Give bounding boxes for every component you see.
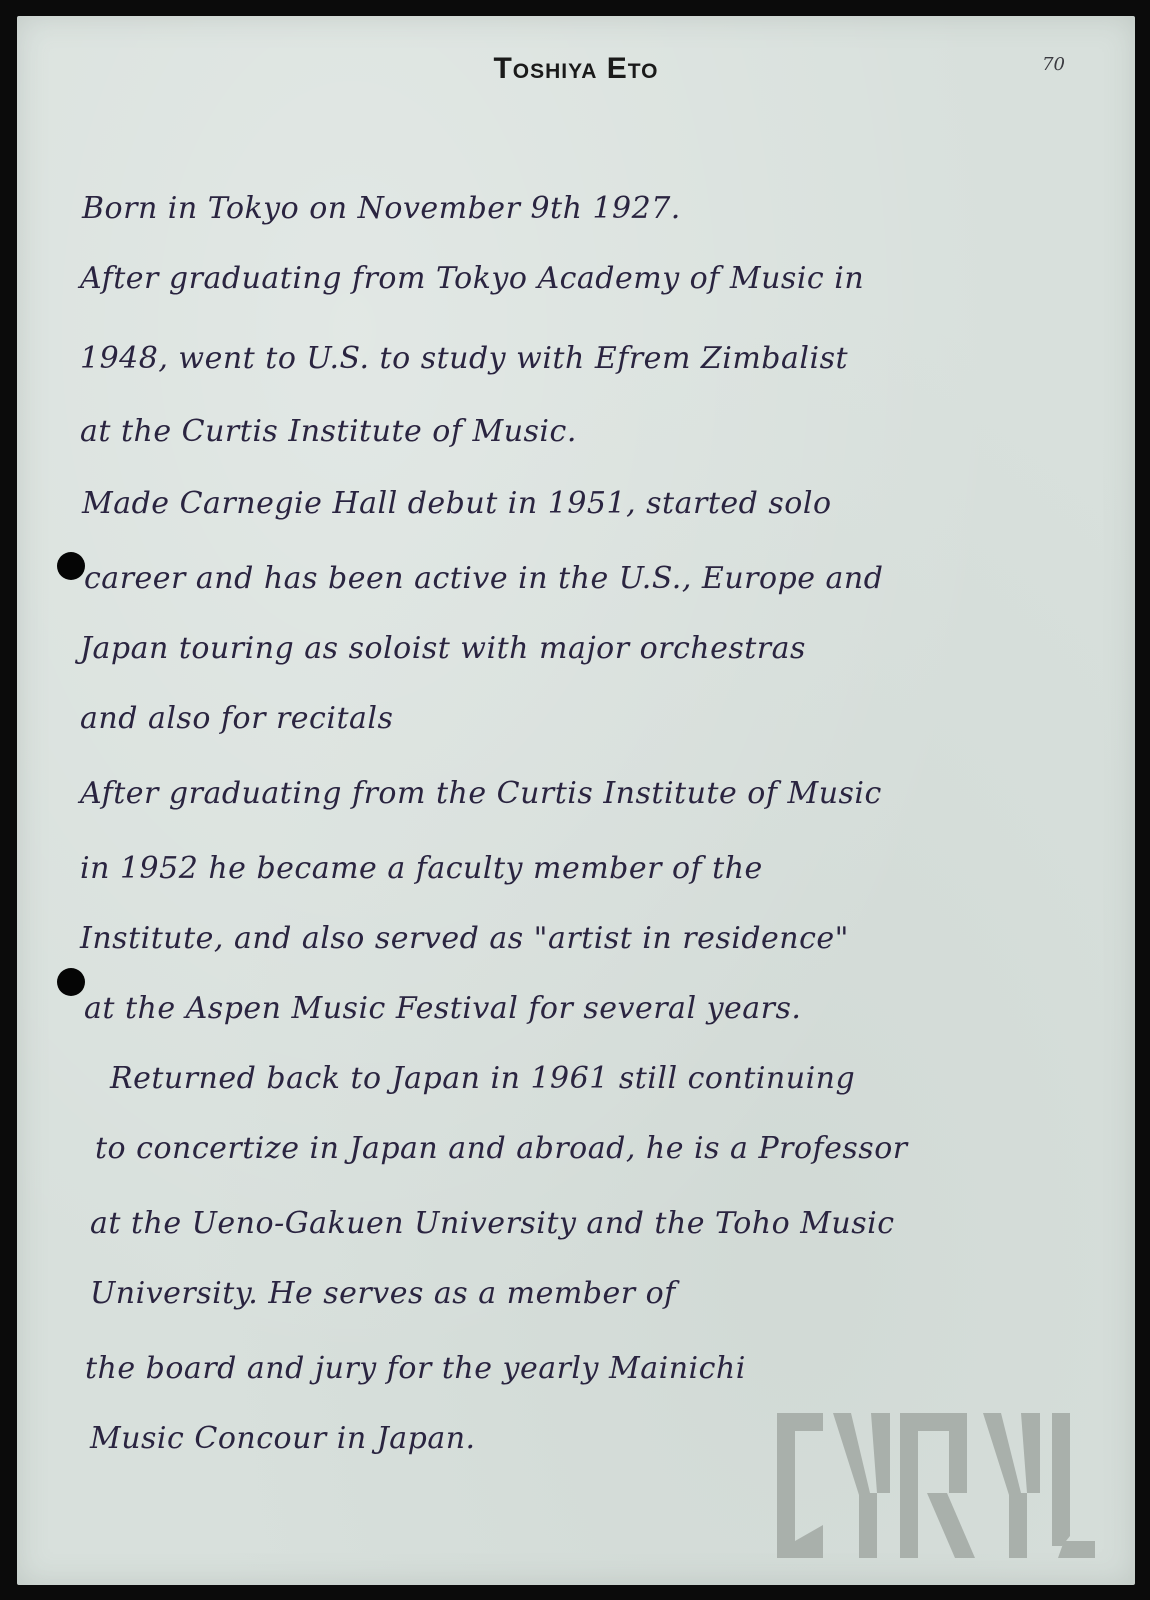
text-line: Music Concour in Japan. <box>90 1421 476 1456</box>
cyryl-watermark-logo <box>777 1413 1101 1563</box>
text-line: at the Aspen Music Festival for several … <box>84 991 801 1026</box>
text-line: at the Curtis Institute of Music. <box>80 414 577 449</box>
punch-hole <box>57 968 85 996</box>
text-line: in 1952 he became a faculty member of th… <box>80 851 763 886</box>
text-line: at the Ueno-Gakuen University and the To… <box>90 1206 895 1241</box>
text-line: the board and jury for the yearly Mainic… <box>85 1351 746 1386</box>
page-number: 70 <box>1042 54 1065 75</box>
punch-hole <box>57 552 85 580</box>
text-line: After graduating from the Curtis Institu… <box>80 776 882 811</box>
text-line: Born in Tokyo on November 9th 1927. <box>82 191 681 226</box>
text-line: and also for recitals <box>80 701 393 736</box>
text-line: career and has been active in the U.S., … <box>84 561 883 596</box>
paper-page: Toshiya Eto 70 Born in Tokyo on November… <box>17 16 1135 1585</box>
text-line: Institute, and also served as "artist in… <box>80 921 849 956</box>
text-line: Japan touring as soloist with major orch… <box>80 631 806 666</box>
letterhead-title: Toshiya Eto <box>17 52 1135 86</box>
scanned-document: Toshiya Eto 70 Born in Tokyo on November… <box>0 0 1150 1600</box>
text-line: to concertize in Japan and abroad, he is… <box>95 1131 908 1166</box>
text-line: Returned back to Japan in 1961 still con… <box>110 1061 855 1096</box>
text-line: Made Carnegie Hall debut in 1951, starte… <box>82 486 832 521</box>
text-line: After graduating from Tokyo Academy of M… <box>80 261 864 296</box>
text-line: 1948, went to U.S. to study with Efrem Z… <box>80 341 848 376</box>
text-line: University. He serves as a member of <box>90 1276 676 1311</box>
